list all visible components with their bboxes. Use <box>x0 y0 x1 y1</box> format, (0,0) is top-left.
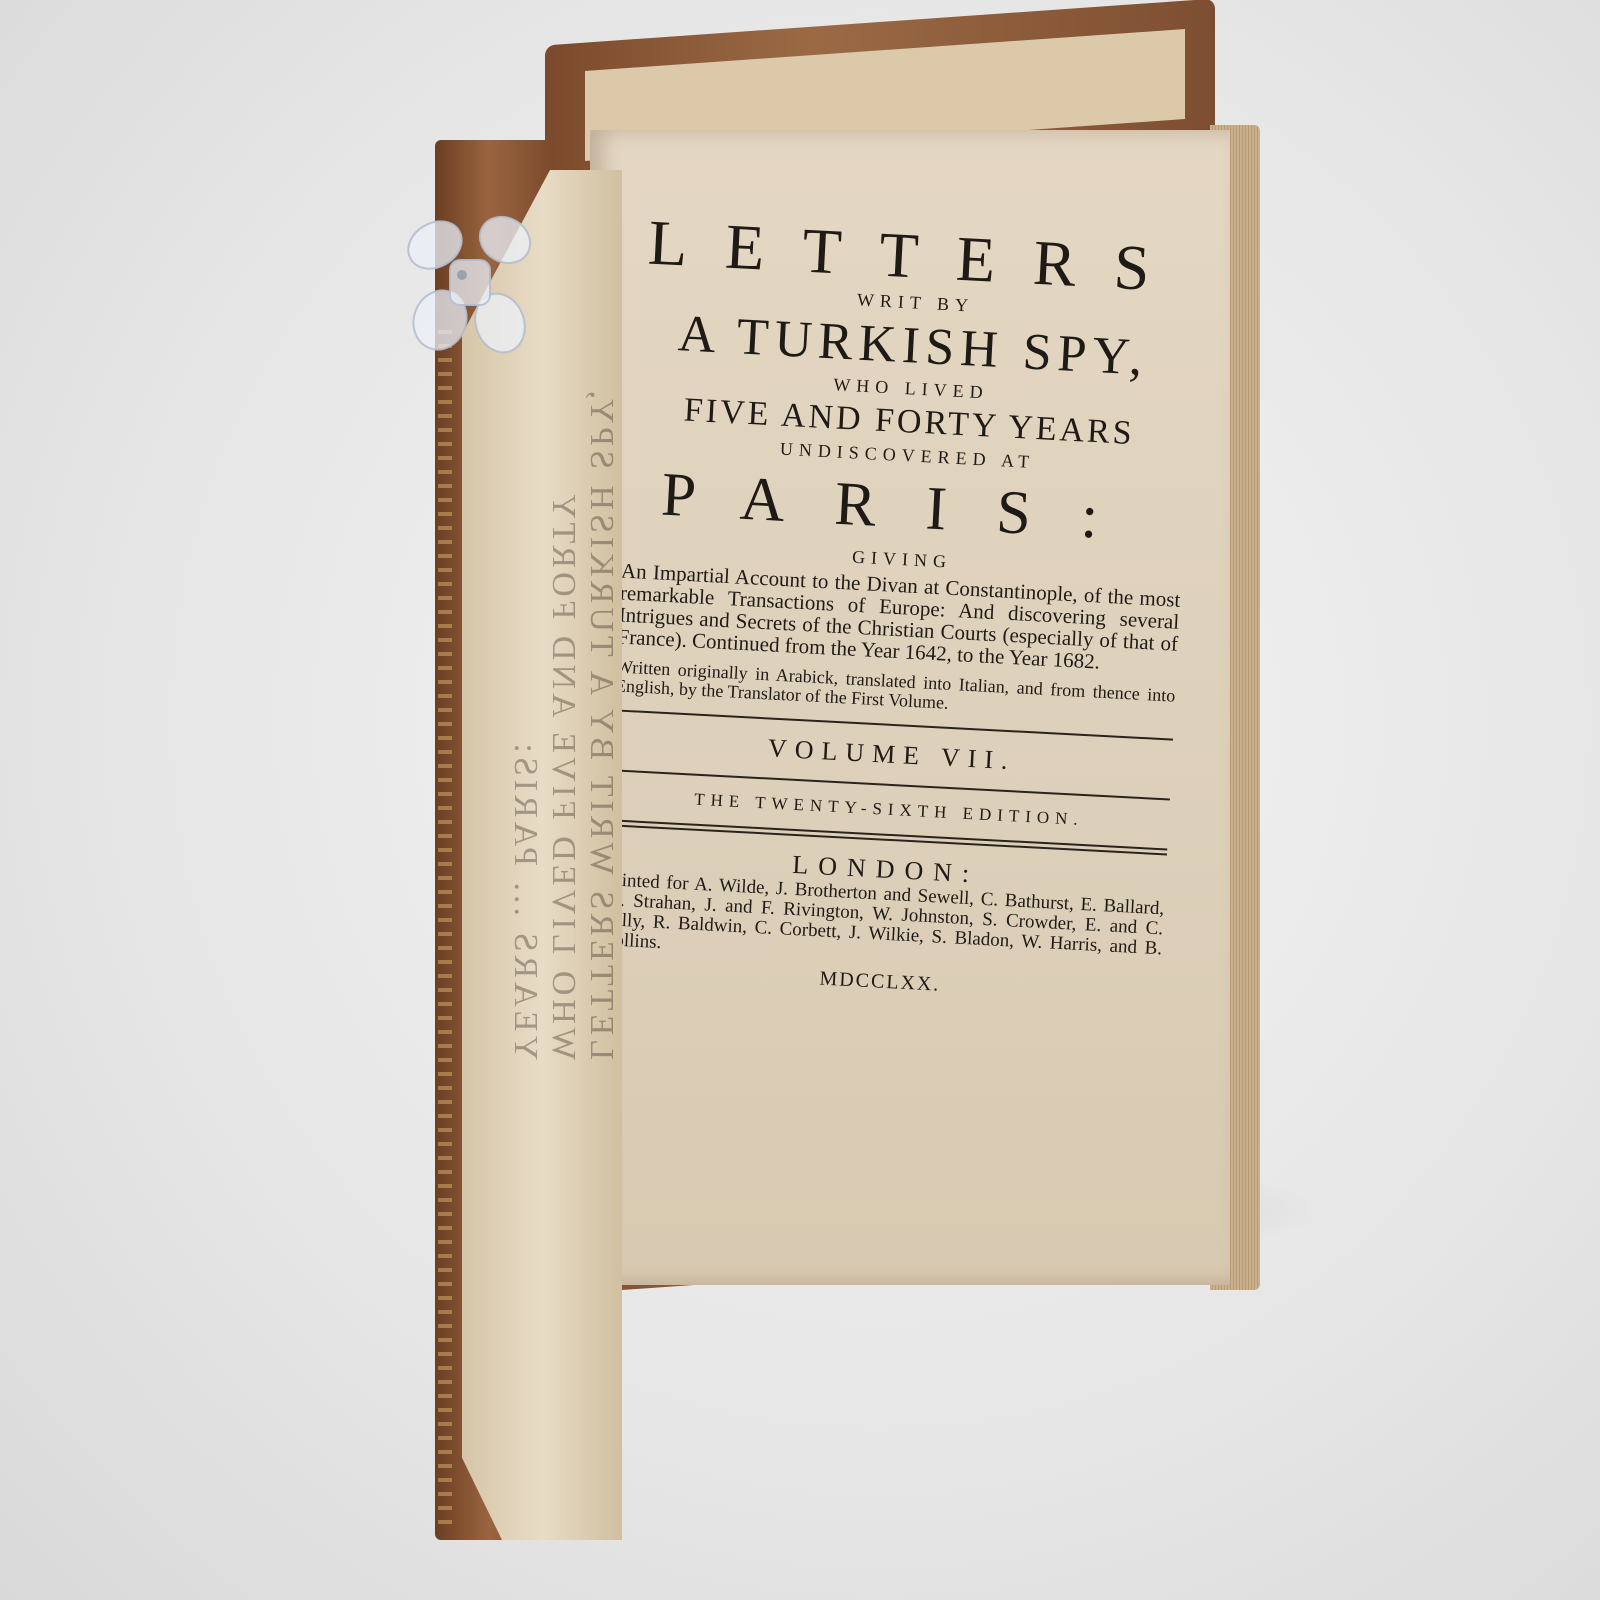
title-page-content: LETTERS WRIT BY A TURKISH SPY, WHO LIVED… <box>600 210 1200 1008</box>
flyleaf-show-through-text: LETTERS WRIT BY A TURKISH SPY, WHO LIVED… <box>470 360 620 1060</box>
plastic-clip-icon <box>400 205 540 365</box>
gilt-tooling <box>438 330 452 1530</box>
title-page: LETTERS WRIT BY A TURKISH SPY, WHO LIVED… <box>590 130 1230 1285</box>
